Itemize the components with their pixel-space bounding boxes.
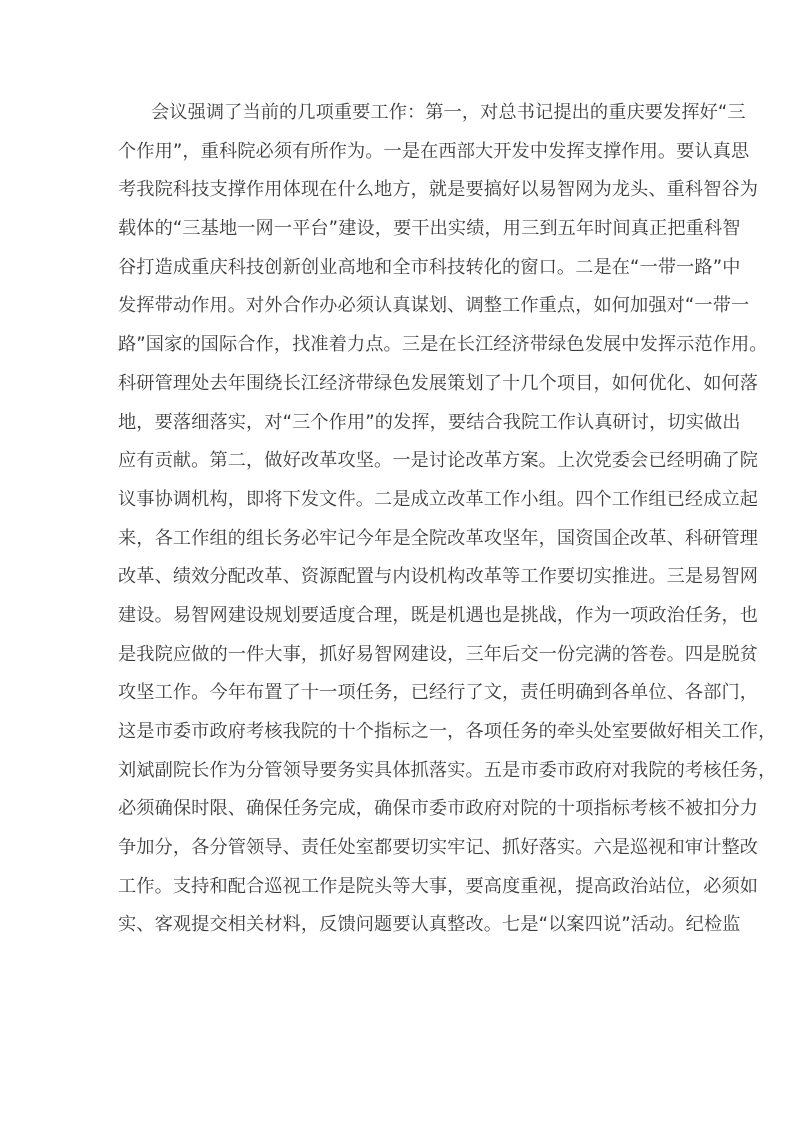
paragraph-line: 实、客观提交相关材料，反馈问题要认真整改。七是“以案四说”活动。纪检监 xyxy=(118,906,678,945)
paragraph-line: 是我院应做的一件大事，抓好易智网建设，三年后交一份完满的答卷。四是脱贫 xyxy=(118,636,678,675)
paragraph-line: 议事协调机构，即将下发文件。二是成立改革工作小组。四个工作组已经成立起 xyxy=(118,481,678,520)
paragraph-line: 工作。支持和配合巡视工作是院头等大事，要高度重视，提高政治站位，必须如 xyxy=(118,868,678,907)
paragraph-line: 路”国家的国际合作，找准着力点。三是在长江经济带绿色发展中发挥示范作用。 xyxy=(118,326,678,365)
paragraph-line: 考我院科技支撑作用体现在什么地方，就是要搞好以易智网为龙头、重科智谷为 xyxy=(118,171,678,210)
paragraph-line: 谷打造成重庆科技创新创业高地和全市科技转化的窗口。二是在“一带一路”中 xyxy=(118,249,678,288)
paragraph-line: 改革、绩效分配改革、资源配置与内设机构改革等工作要切实推进。三是易智网 xyxy=(118,558,678,597)
paragraph-line: 发挥带动作用。对外合作办必须认真谋划、调整工作重点，如何加强对“一带一 xyxy=(118,287,678,326)
paragraph-line: 地，要落细落实，对“三个作用”的发挥，要结合我院工作认真研讨，切实做出 xyxy=(118,404,678,443)
paragraph-line: 个作用”，重科院必须有所作为。一是在西部大开发中发挥支撑作用。要认真思 xyxy=(118,133,678,172)
paragraph-line: 载体的“三基地一网一平台”建设，要干出实绩，用三到五年时间真正把重科智 xyxy=(118,210,678,249)
paragraph-line: 攻坚工作。今年布置了十一项任务，已经行了文，责任明确到各单位、各部门， xyxy=(118,674,678,713)
paragraph-line: 来，各工作组的组长务必牢记今年是全院改革攻坚年，国资国企改革、科研管理 xyxy=(118,520,678,559)
paragraph-line: 建设。易智网建设规划要适度合理，既是机遇也是挑战，作为一项政治任务，也 xyxy=(118,597,678,636)
paragraph-line: 刘斌副院长作为分管领导要务实具体抓落实。五是市委市政府对我院的考核任务， xyxy=(118,752,678,791)
paragraph-line: 这是市委市政府考核我院的十个指标之一，各项任务的牵头处室要做好相关工作， xyxy=(118,713,678,752)
document-page: 会议强调了当前的几项重要工作：第一，对总书记提出的重庆要发挥好“三 个作用”，重… xyxy=(0,0,793,1122)
paragraph-line: 科研管理处去年围绕长江经济带绿色发展策划了十几个项目，如何优化、如何落 xyxy=(118,365,678,404)
paragraph-line: 必须确保时限、确保任务完成，确保市委市政府对院的十项指标考核不被扣分力 xyxy=(118,790,678,829)
paragraph-line: 争加分，各分管领导、责任处室都要切实牢记、抓好落实。六是巡视和审计整改 xyxy=(118,829,678,868)
paragraph-line: 会议强调了当前的几项重要工作：第一，对总书记提出的重庆要发挥好“三 xyxy=(118,94,678,133)
body-paragraph: 会议强调了当前的几项重要工作：第一，对总书记提出的重庆要发挥好“三 个作用”，重… xyxy=(118,94,678,945)
paragraph-line: 应有贡献。第二，做好改革攻坚。一是讨论改革方案。上次党委会已经明确了院 xyxy=(118,442,678,481)
